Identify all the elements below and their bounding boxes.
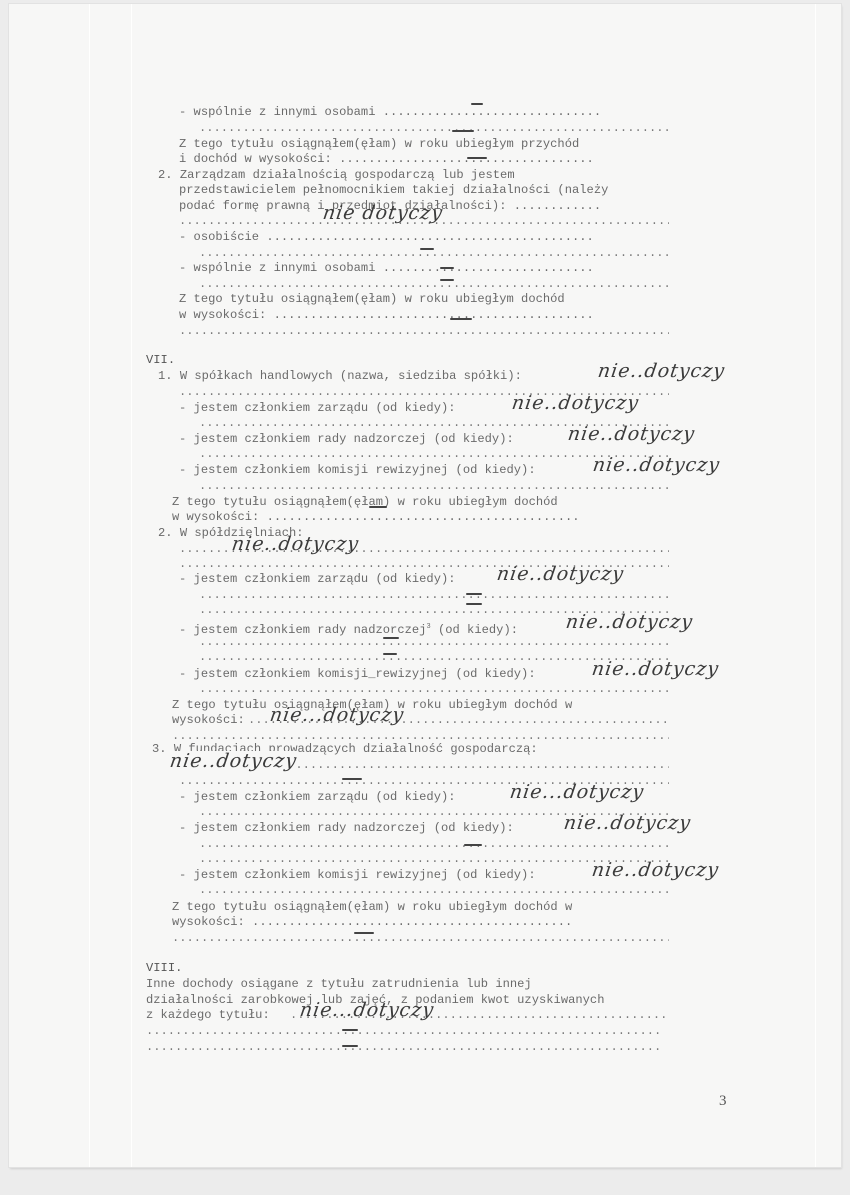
scan-streak: [131, 4, 132, 1167]
pen-mark: [440, 279, 454, 281]
handwritten-answer: nie..dotyczy: [511, 393, 641, 413]
pen-mark: [354, 932, 374, 934]
income-amount-line: i dochód w wysokości: ..................…: [179, 152, 594, 166]
pen-mark: [342, 1045, 358, 1047]
handwritten-answer: nie dotyczy: [322, 203, 445, 223]
handwritten-answer: nie..dotyczy: [231, 534, 361, 554]
pen-mark: [466, 593, 482, 595]
section-vii-heading: VII.: [146, 353, 175, 367]
income-amount-line: w wysokości: ...........................…: [172, 510, 580, 524]
personally-line: - osobiście ............................…: [179, 230, 594, 244]
management-board-line: - jestem członkiem zarządu (od kiedy):: [179, 790, 456, 804]
income-line: Z tego tytułu osiągnąłem(ęłam) w roku ub…: [172, 900, 572, 914]
audit-committee-line: - jestem członkiem komisji rewizyjnej (o…: [179, 463, 536, 477]
income-line: Z tego tytułu osiągnąłem(ęłam) w roku ub…: [172, 495, 558, 509]
business-management-line-2: przedstawicielem pełnomocnikiem takiej d…: [179, 183, 608, 197]
pen-mark: [383, 653, 397, 655]
pen-mark: [471, 103, 483, 105]
dotted-line: ........................................…: [146, 1040, 669, 1054]
handwritten-answer: nie..dotyczy: [496, 564, 626, 584]
scan-streak: [89, 4, 90, 1167]
dotted-line: ........................................…: [199, 837, 669, 851]
pen-mark: [466, 603, 482, 605]
dotted-line: ........................................…: [172, 729, 669, 743]
pen-mark: [464, 844, 482, 846]
handwritten-answer: nie..dotyczy: [563, 813, 693, 833]
handwritten-answer: nie..dotyczy: [591, 659, 721, 679]
audit-committee-line: - jestem członkiem komisji rewizyjnej (o…: [179, 868, 536, 882]
dotted-line: ........................................…: [199, 682, 669, 696]
income-revenue-line: Z tego tytułu osiągnąłem(ęłam) w roku ub…: [179, 137, 579, 151]
pen-mark: [420, 248, 434, 250]
dotted-line: ........................................…: [199, 277, 669, 291]
other-income-line-3: z każdego tytułu:: [146, 1008, 270, 1022]
handwritten-answer: nie...dotyczy: [299, 1000, 436, 1020]
dotted-line: ........................................…: [199, 121, 669, 135]
other-income-line-1: Inne dochody osiągane z tytułu zatrudnie…: [146, 977, 532, 991]
pen-mark: [369, 506, 387, 508]
section-viii-heading: VIII.: [146, 961, 182, 975]
handwritten-answer: nie..dotyczy: [565, 612, 695, 632]
management-board-line: - jestem członkiem zarządu (od kiedy):: [179, 401, 456, 415]
dotted-line: ........................................…: [179, 324, 669, 338]
business-management-line: 2. Zarządzam działalnością gospodarczą l…: [158, 168, 515, 182]
pen-mark: [342, 778, 362, 780]
scan-streak: [815, 4, 816, 1167]
management-board-line: - jestem członkiem zarządu (od kiedy):: [179, 572, 456, 586]
pen-mark: [440, 267, 454, 269]
supervisory-board-line: - jestem członkiem rady nadzorczej (od k…: [179, 821, 514, 835]
handwritten-answer: nie..dotyczy: [169, 751, 299, 771]
dotted-line: ........................................…: [199, 588, 669, 602]
pen-mark: [452, 130, 474, 132]
pen-mark: [467, 157, 487, 159]
handwritten-answer: nie...dotyczy: [509, 782, 646, 802]
dotted-line: ........................................…: [199, 635, 669, 649]
pen-mark: [342, 1029, 358, 1031]
dotted-line: ........................................…: [199, 479, 669, 493]
pen-mark: [383, 637, 399, 639]
jointly-line: - wspólnie z innymi osobami ............…: [179, 105, 601, 119]
income-amount-line: wysokości: .............................…: [172, 915, 572, 929]
dotted-line: ........................................…: [172, 931, 669, 945]
audit-committee-line: - jestem członkiem komisji_rewizyjnej (o…: [179, 667, 536, 681]
handwritten-answer: nie..dotyczy: [591, 860, 721, 880]
dotted-line: ........................................…: [199, 246, 669, 260]
dotted-line: ........................................…: [146, 1024, 669, 1038]
commercial-companies-label: 1. W spółkach handlowych (nazwa, siedzib…: [158, 369, 522, 383]
income-amount-label: wysokości:: [172, 713, 245, 727]
income-line: Z tego tytułu osiągnąłem(ęłam) w roku ub…: [179, 292, 565, 306]
dotted-line: ........................................…: [199, 883, 669, 897]
handwritten-answer: nie...dotyczy: [269, 705, 406, 725]
supervisory-board-line: - jestem członkiem rady nadzorczej (od k…: [179, 432, 514, 446]
page-number: 3: [719, 1093, 727, 1110]
handwritten-answer: nie..dotyczy: [597, 361, 727, 381]
handwritten-answer: nie..dotyczy: [567, 424, 697, 444]
handwritten-answer: nie..dotyczy: [592, 455, 722, 475]
income-amount-line: w wysokości: ...........................…: [179, 308, 594, 322]
pen-mark: [450, 318, 472, 320]
jointly-line-2: - wspólnie z innymi osobami ............…: [179, 261, 594, 275]
